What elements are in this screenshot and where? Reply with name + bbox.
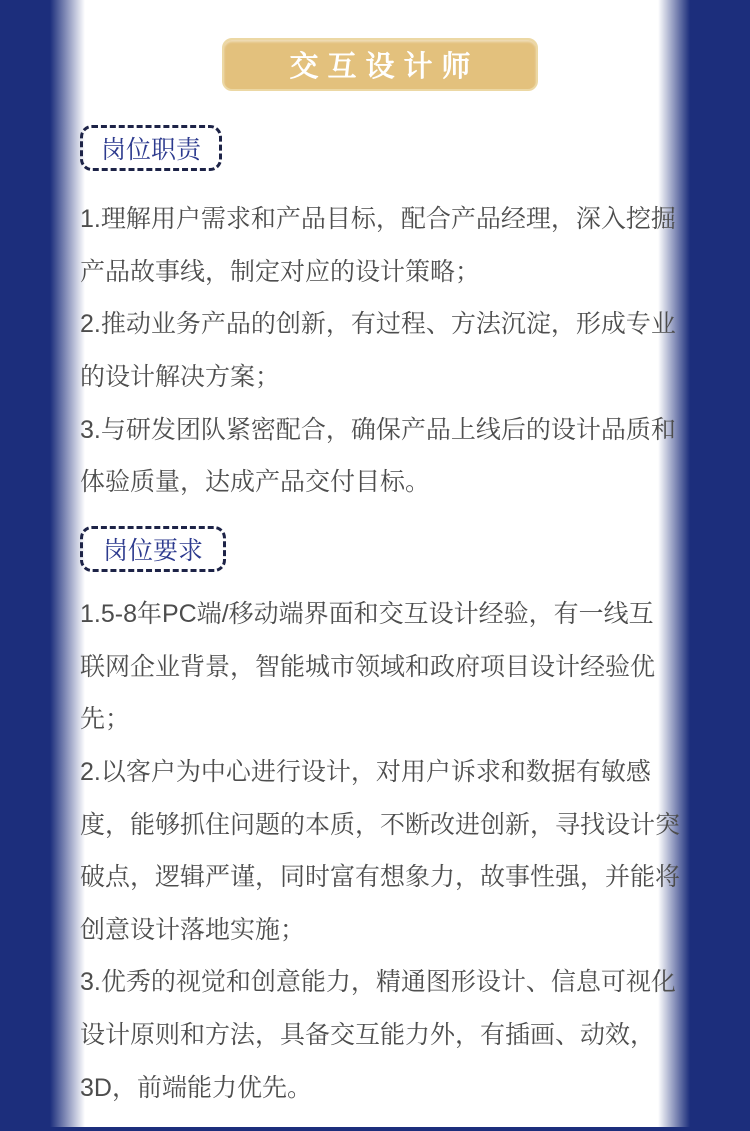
- text-line: 2.推动业务产品的创新，有过程、方法沉淀，形成专业: [80, 296, 690, 349]
- text-line: 设计原则和方法，具备交互能力外，有插画、动效，: [80, 1007, 690, 1060]
- text-line: 创意设计落地实施；: [80, 902, 690, 955]
- text-line: 先；: [80, 691, 690, 744]
- section-heading-label: 岗位职责: [101, 130, 201, 166]
- text-line: 3D，前端能力优先。: [80, 1059, 690, 1112]
- job-poster-page: 交互设计师 岗位职责 1.理解用户需求和产品目标，配合产品经理，深入挖掘 产品故…: [0, 0, 750, 1131]
- job-title: 交互设计师: [280, 44, 479, 85]
- requirements-text-block: 1.5-8年PC端/移动端界面和交互设计经验，有一线互 联网企业背景，智能城市领…: [80, 586, 690, 1112]
- text-line: 1.5-8年PC端/移动端界面和交互设计经验，有一线互: [80, 586, 690, 639]
- section-heading-requirements: 岗位要求: [80, 526, 226, 572]
- text-line: 联网企业背景，智能城市领域和政府项目设计经验优: [80, 639, 690, 692]
- left-border-band: [0, 0, 85, 1131]
- text-line: 体验质量，达成产品交付目标。: [80, 454, 690, 507]
- text-line: 3.优秀的视觉和创意能力，精通图形设计、信息可视化: [80, 954, 690, 1007]
- responsibilities-text-block: 1.理解用户需求和产品目标，配合产品经理，深入挖掘 产品故事线，制定对应的设计策…: [80, 191, 690, 507]
- job-title-badge: 交互设计师: [222, 38, 538, 91]
- bottom-border-strip: [30, 1127, 750, 1131]
- text-line: 2.以客户为中心进行设计，对用户诉求和数据有敏感: [80, 744, 690, 797]
- text-line: 3.与研发团队紧密配合，确保产品上线后的设计品质和: [80, 401, 690, 454]
- section-heading-responsibilities: 岗位职责: [80, 125, 222, 171]
- text-line: 度，能够抓住问题的本质，不断改进创新，寻找设计突: [80, 796, 690, 849]
- section-heading-label: 岗位要求: [103, 531, 203, 567]
- text-line: 1.理解用户需求和产品目标，配合产品经理，深入挖掘: [80, 191, 690, 244]
- text-line: 产品故事线，制定对应的设计策略；: [80, 244, 690, 297]
- text-line: 的设计解决方案；: [80, 349, 690, 402]
- text-line: 破点，逻辑严谨，同时富有想象力，故事性强，并能将: [80, 849, 690, 902]
